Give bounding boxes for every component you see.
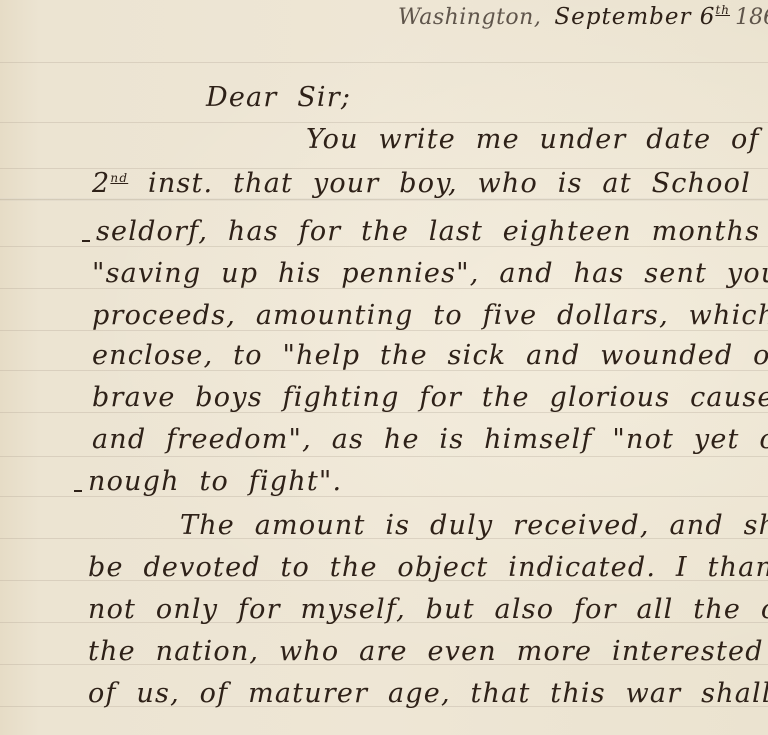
letter-line-12: not only for myself, but also for all th…: [88, 596, 768, 623]
letter-line-4: "saving up his pennies", and has sent yo…: [92, 260, 768, 287]
letter-line-2: 2nd inst. that your boy, who is at Schoo…: [92, 170, 768, 197]
letter-line-14: of us, of maturer age, that this war sha…: [88, 680, 768, 707]
ruled-line: [0, 456, 768, 457]
line-continuation-mark: [74, 490, 82, 492]
dateline-date-text: September 6: [554, 4, 715, 30]
letter-line-2-text: inst. that your boy, who is at School at…: [148, 168, 768, 199]
letter-line-3: seldorf, has for the last eighteen month…: [96, 218, 768, 245]
dateline: Washington, September 6th 1864.: [398, 4, 768, 29]
dateline-place: Washington,: [398, 5, 541, 30]
letter-line-9: nough to fight".: [88, 468, 342, 495]
letter-line-7: brave boys fighting for the glorious cau…: [92, 384, 768, 411]
letter-line-13: the nation, who are even more interested…: [88, 638, 768, 665]
letter-line-10: The amount is duly received, and shall: [180, 512, 768, 539]
ruled-line: [0, 122, 768, 123]
letter-line-8: and freedom", as he is himself "not yet …: [92, 426, 768, 453]
letter-page: Washington, September 6th 1864. Dear Sir…: [0, 0, 768, 735]
dateline-date: September 6th: [554, 4, 730, 30]
letter-line-1: You write me under date of the: [306, 126, 768, 153]
letter-line-5: proceeds, amounting to five dollars, whi…: [92, 302, 768, 329]
letter-line-11: be devoted to the object indicated. I th…: [88, 554, 768, 581]
ordinal-suffix: nd: [110, 171, 128, 185]
dateline-date-suffix: th: [715, 3, 730, 17]
ordinal-number: 2: [92, 168, 110, 199]
line-continuation-mark: [82, 240, 90, 242]
ruled-line: [0, 62, 768, 63]
salutation: Dear Sir;: [206, 84, 351, 111]
dateline-year: 1864.: [735, 5, 768, 30]
letter-line-6: enclose, to "help the sick and wounded o…: [92, 342, 768, 369]
